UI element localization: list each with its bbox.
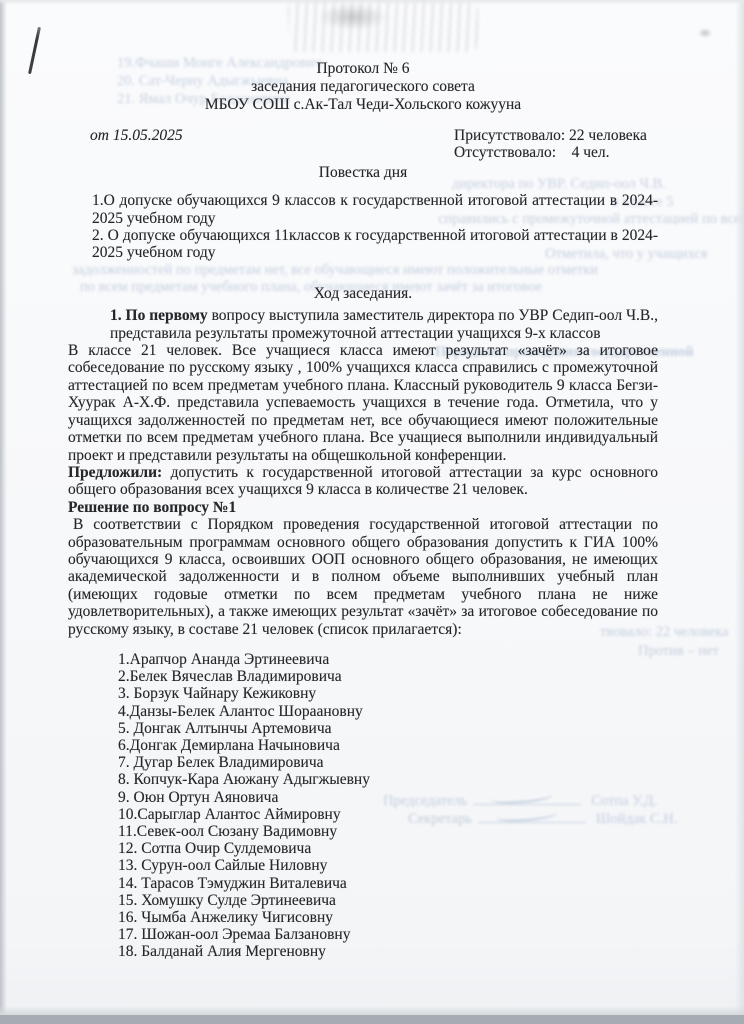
student-list-item: 5. Донгак Алтынчы Артемовича <box>118 720 658 737</box>
student-list: 1.Арапчор Ананда Эртинеевича2.Белек Вяче… <box>118 651 658 961</box>
scan-smudge-blob <box>318 4 388 30</box>
document-title-line-1: Протокол № 6 <box>68 60 658 78</box>
decision-heading-text: Решение по вопросу №1 <box>68 499 236 516</box>
attendance-block: Присутствовало: 22 человека Отсутствовал… <box>454 127 652 162</box>
agenda-item-1: 1.О допуске обучающихся 9 классов к госу… <box>92 192 658 227</box>
student-list-item: 16. Чымба Анжелику Чигисовну <box>118 909 658 926</box>
student-list-item: 14. Тарасов Тэмуджин Виталевича <box>118 875 658 892</box>
attendance-present: Присутствовало: 22 человека <box>454 127 647 144</box>
student-list-item: 4.Данзы-Белек Алантос Шораановну <box>118 703 658 720</box>
scan-edge-left <box>0 0 7 1024</box>
proposal-paragraph: Предложили: допустить к государственной … <box>68 464 658 499</box>
agenda-list: 1.О допуске обучающихся 9 классов к госу… <box>92 192 658 262</box>
student-list-item: 18. Балданай Алия Мергеновну <box>118 943 658 960</box>
proposal-label: Предложили: <box>68 464 162 481</box>
decision-paragraph: В соответствии с Порядком проведения гос… <box>68 516 658 638</box>
proceedings-heading: Ход заседания. <box>68 285 658 302</box>
scan-edge-bottom-shadow <box>0 1006 744 1015</box>
student-list-item: 2.Белек Вячеслав Владимировича <box>118 668 658 685</box>
student-list-item: 6.Донгак Демирлана Начыновича <box>118 737 658 754</box>
student-list-item: 13. Сурун-оол Сайлые Ниловну <box>118 857 658 874</box>
scanned-protocol-page: 19.Фчаши Монге Александрович 20. Сат-Чер… <box>0 0 744 1024</box>
scan-smudge-dot <box>700 30 710 36</box>
meta-row: от 15.05.2025 Присутствовало: 22 человек… <box>68 127 658 162</box>
class-results-paragraph: В классе 21 человек. Все учащиеся класса… <box>68 342 658 464</box>
student-list-item: 17. Шожан-оол Эремаа Балзановну <box>118 926 658 943</box>
first-question-paragraph: 1. По первому вопросу выступила заместит… <box>110 307 658 342</box>
attendance-absent: Отсутствовало: 4 чел. <box>454 144 610 161</box>
student-list-item: 15. Хомушку Сулде Эртинеевича <box>118 892 658 909</box>
document-date: от 15.05.2025 <box>90 127 183 162</box>
student-list-item: 8. Копчук-Кара Аюжану Адыгжыевну <box>118 771 658 788</box>
scan-edge-bottom <box>0 1015 744 1024</box>
pen-mark-artifact <box>28 27 41 75</box>
agenda-heading: Повестка дня <box>68 164 658 181</box>
decision-heading: Решение по вопросу №1 <box>68 499 658 516</box>
student-list-item: 12. Сотпа Очир Сулдемовича <box>118 840 658 857</box>
student-list-item: 11.Севек-оол Сюзану Вадимовну <box>118 823 658 840</box>
first-question-lead: 1. По первому <box>110 307 208 324</box>
scan-edge-right <box>735 0 744 1024</box>
agenda-item-2: 2. О допуске обучающихся 11классов к гос… <box>92 227 658 262</box>
student-list-item: 7. Дугар Белек Владимировича <box>118 754 658 771</box>
scan-edge-top <box>0 0 744 5</box>
student-list-item: 3. Борзук Чайнару Кежиковну <box>118 685 658 702</box>
student-list-item: 1.Арапчор Ананда Эртинеевича <box>118 651 658 668</box>
student-list-item: 9. Оюн Ортун Аяновича <box>118 789 658 806</box>
student-list-item: 10.Сарыглар Алантос Аймировну <box>118 806 658 823</box>
document-title-line-3: МБОУ СОШ с.Ак-Тал Чеди-Хольского кожууна <box>68 96 658 114</box>
scan-smudge <box>288 0 478 52</box>
document-content: Протокол № 6 заседания педагогического с… <box>68 60 658 961</box>
document-title-line-2: заседания педагогического совета <box>68 78 658 96</box>
